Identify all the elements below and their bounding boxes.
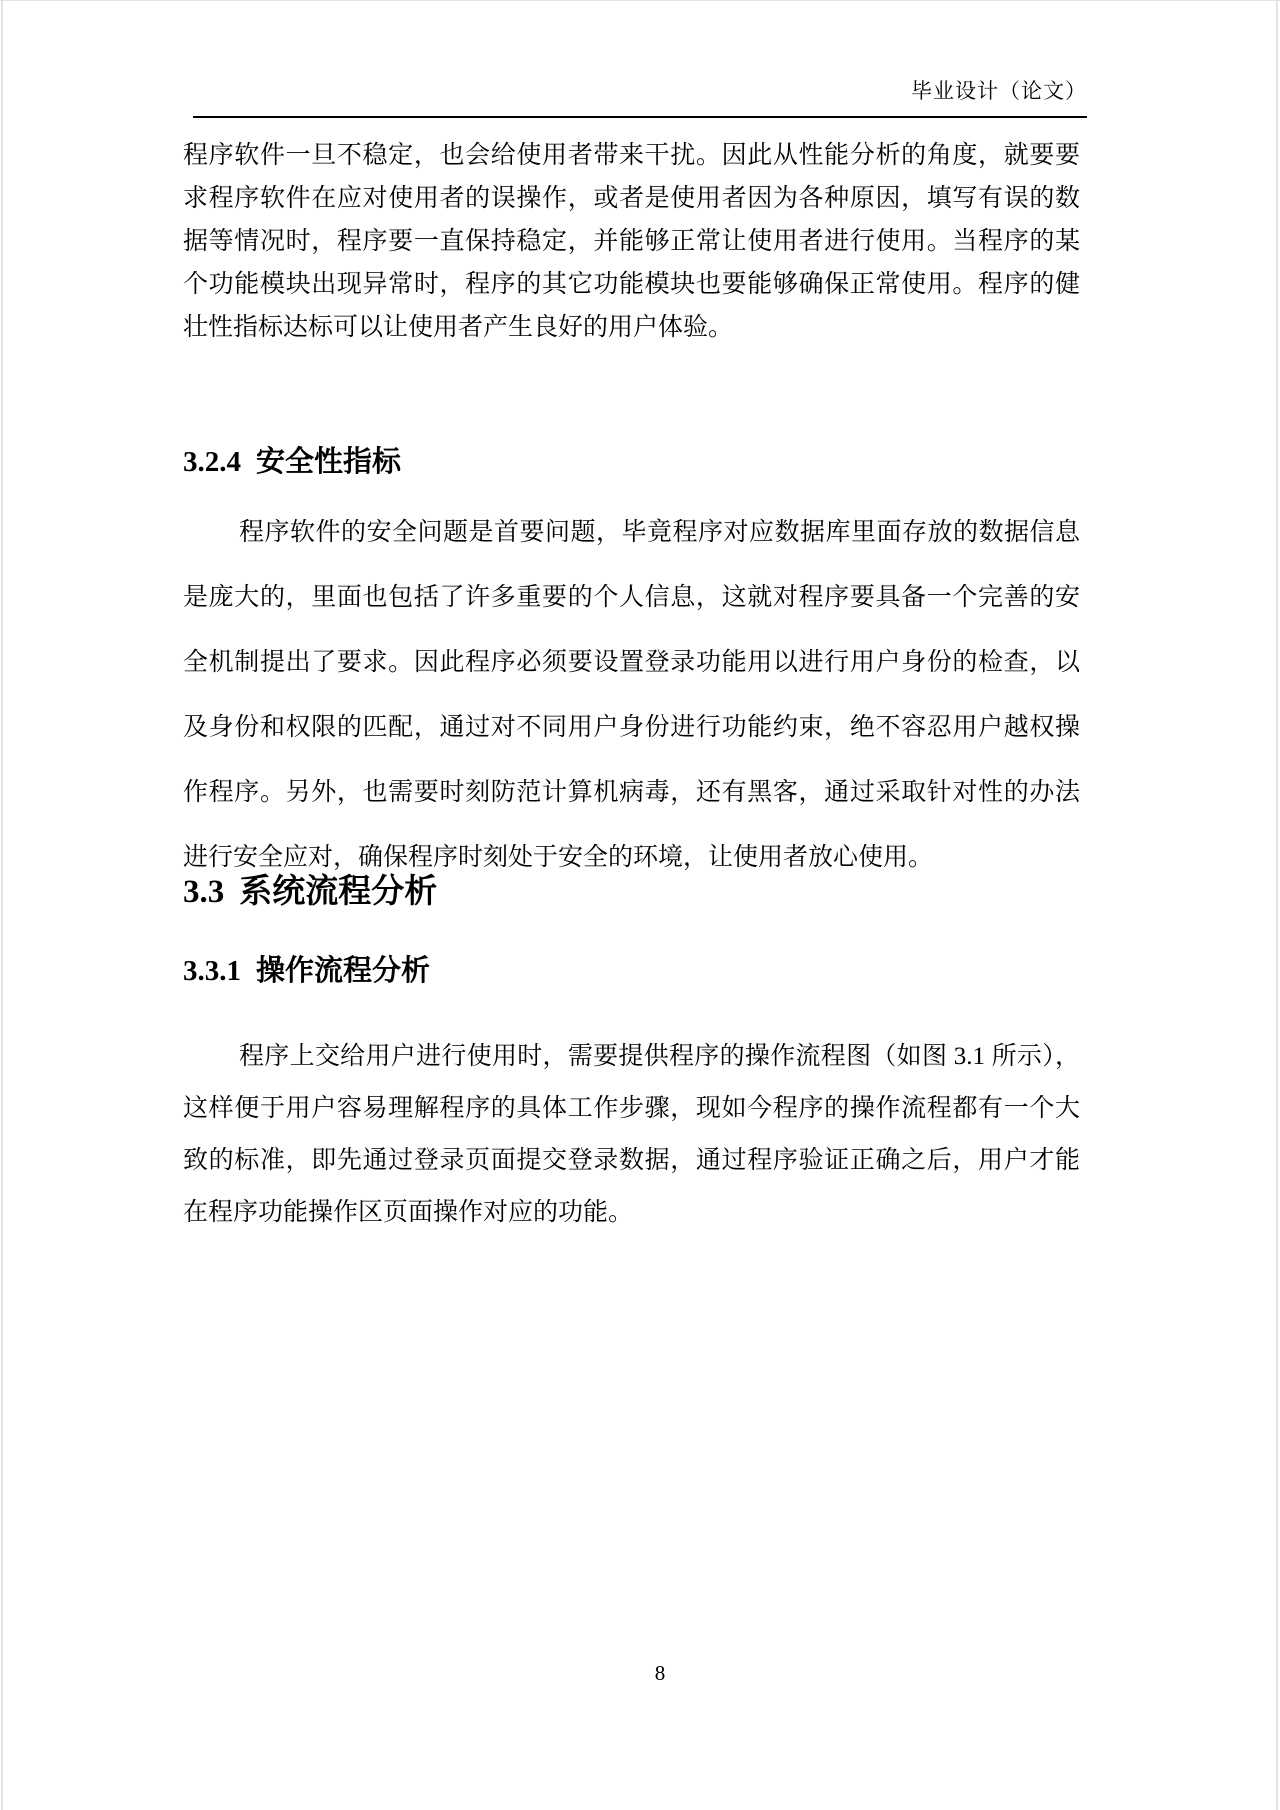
- section-title: 操作流程分析: [256, 955, 430, 987]
- text-line: 个功能模块出现异常时，程序的其它功能模块也要能够确保正常使用。程序的健: [183, 263, 1080, 306]
- section-heading-3-3-1: 3.3.1操作流程分析: [183, 953, 430, 989]
- text-line: 程序上交给用户进行使用时，需要提供程序的操作流程图（如图 3.1 所示），: [183, 1031, 1080, 1083]
- paragraph-operation-flow: 程序上交给用户进行使用时，需要提供程序的操作流程图（如图 3.1 所示）， 这样…: [183, 1031, 1080, 1239]
- text-line: 壮性指标达标可以让使用者产生良好的用户体验。: [183, 306, 1080, 349]
- page-edge-top: [0, 0, 1280, 1]
- section-number: 3.3: [183, 874, 224, 910]
- text-line: 求程序软件在应对使用者的误操作，或者是使用者因为各种原因，填写有误的数: [183, 177, 1080, 220]
- text-line: 据等情况时，程序要一直保持稳定，并能够正常让使用者进行使用。当程序的某: [183, 220, 1080, 263]
- page-edge-right: [1276, 0, 1278, 1810]
- header-rule: [193, 116, 1087, 118]
- text-line: 是庞大的，里面也包括了许多重要的个人信息，这就对程序要具备一个完善的安: [183, 565, 1080, 630]
- text-line: 全机制提出了要求。因此程序必须要设置登录功能用以进行用户身份的检查，以: [183, 630, 1080, 695]
- section-number: 3.3.1: [183, 955, 241, 987]
- page-edge-left: [1, 0, 3, 1810]
- section-heading-3-2-4: 3.2.4安全性指标: [183, 444, 401, 480]
- section-title: 安全性指标: [256, 446, 401, 478]
- text-line: 程序软件一旦不稳定，也会给使用者带来干扰。因此从性能分析的角度，就要要: [183, 134, 1080, 177]
- section-number: 3.2.4: [183, 446, 241, 478]
- paragraph-robustness: 程序软件一旦不稳定，也会给使用者带来干扰。因此从性能分析的角度，就要要 求程序软…: [183, 134, 1080, 349]
- text-line: 这样便于用户容易理解程序的具体工作步骤，现如今程序的操作流程都有一个大: [183, 1083, 1080, 1135]
- text-line: 程序软件的安全问题是首要问题，毕竟程序对应数据库里面存放的数据信息: [183, 500, 1080, 565]
- text-line: 致的标准，即先通过登录页面提交登录数据，通过程序验证正确之后，用户才能: [183, 1135, 1080, 1187]
- text-line: 作程序。另外，也需要时刻防范计算机病毒，还有黑客，通过采取针对性的办法: [183, 760, 1080, 825]
- page-number: 8: [580, 1658, 740, 1688]
- text-line: 及身份和权限的匹配，通过对不同用户身份进行功能约束，绝不容忍用户越权操: [183, 695, 1080, 760]
- text-line: 在程序功能操作区页面操作对应的功能。: [183, 1187, 1080, 1239]
- section-title: 系统流程分析: [239, 872, 437, 909]
- document-page: 毕业设计（论文） 程序软件一旦不稳定，也会给使用者带来干扰。因此从性能分析的角度…: [0, 0, 1280, 1810]
- section-heading-3-3: 3.3系统流程分析: [183, 870, 437, 913]
- paragraph-security: 程序软件的安全问题是首要问题，毕竟程序对应数据库里面存放的数据信息 是庞大的，里…: [183, 500, 1080, 890]
- page-header-title: 毕业设计（论文）: [183, 76, 1087, 106]
